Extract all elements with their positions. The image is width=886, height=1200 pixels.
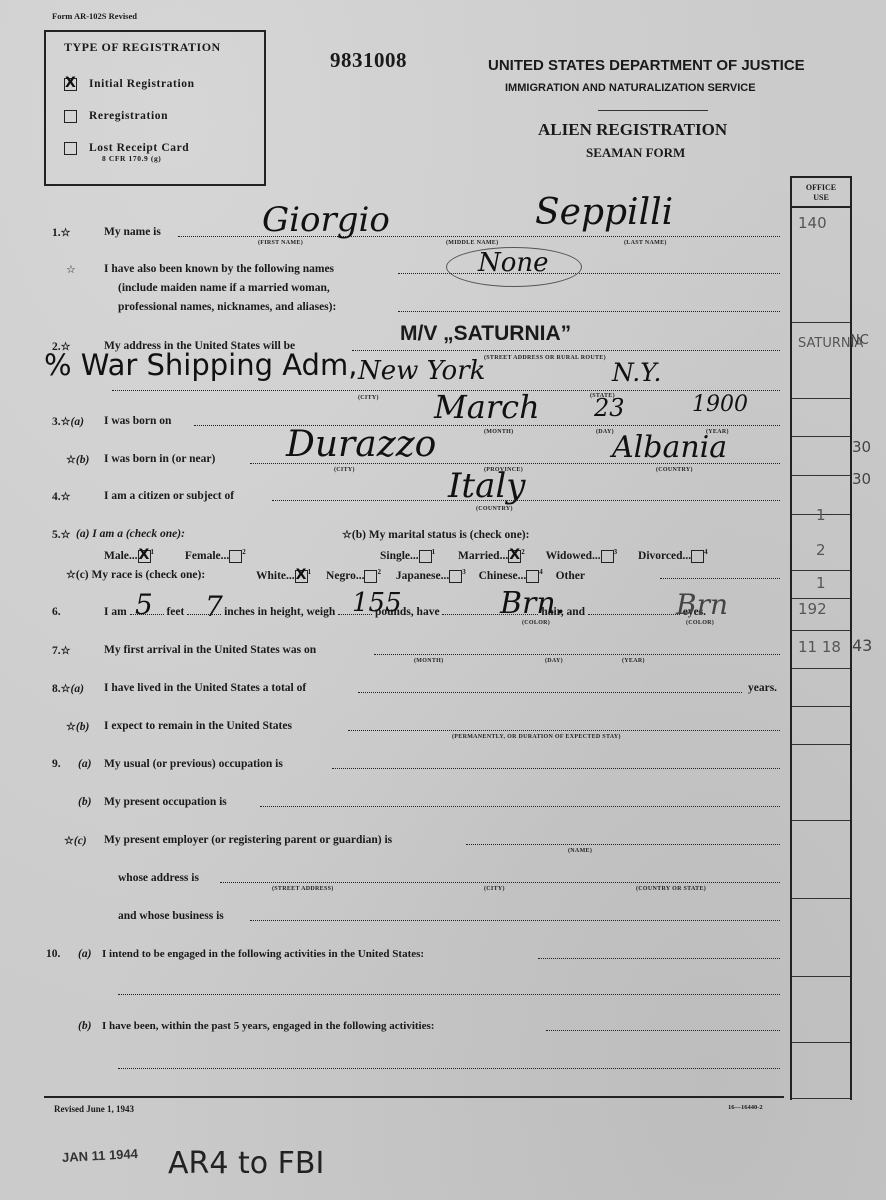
option-lost-receipt-card[interactable]: Lost Receipt Card 8 CFR 170.9 (g): [64, 142, 189, 163]
aka-label: (include maiden name if a married woman,: [118, 282, 330, 294]
form-id: Form AR-102S Revised: [52, 11, 137, 21]
star-icon: ☆: [61, 227, 71, 239]
q10b-label: I have been, within the past 5 years, en…: [102, 1020, 434, 1032]
office-divider: [792, 668, 850, 669]
q10b-sub: (b): [78, 1020, 91, 1032]
alien-registration-form: Form AR-102S Revised TYPE OF REGISTRATIO…: [0, 0, 886, 1200]
q7-number: 7.☆: [52, 644, 71, 657]
hint: (LAST NAME): [624, 240, 667, 246]
star-icon: ☆: [61, 491, 71, 503]
q8-number: 8.☆(a): [52, 682, 84, 695]
employer-address-label: whose address is: [118, 872, 199, 884]
address-line[interactable]: [352, 350, 780, 351]
option-white[interactable]: White...1: [256, 570, 311, 582]
birth-month-value[interactable]: March: [434, 388, 540, 426]
option-chinese[interactable]: Chinese...4: [479, 570, 543, 582]
hint: (MONTH): [484, 429, 513, 435]
q9c-label: My present employer (or registering pare…: [104, 834, 392, 846]
margin-note: NC: [850, 333, 869, 348]
birth-city-value[interactable]: Durazzo: [286, 424, 436, 465]
height-inches-value[interactable]: 7: [205, 590, 223, 623]
option-female[interactable]: Female...2: [185, 550, 246, 562]
checkbox-checked-icon[interactable]: [138, 550, 151, 563]
office-divider: [792, 598, 850, 599]
office-divider: [792, 398, 850, 399]
option-married[interactable]: Married...2: [458, 550, 525, 562]
usual-occupation-line[interactable]: [332, 768, 780, 769]
star-icon: ☆: [61, 645, 71, 657]
checkbox-icon[interactable]: [526, 570, 539, 583]
intended-activities-line-2[interactable]: [118, 994, 780, 995]
q3-number: 3.☆(a): [52, 415, 84, 428]
office-entry: 1: [816, 506, 826, 524]
sex-options: Male...1 Female...2: [104, 548, 246, 563]
handwritten-note: AR4 to FBI: [168, 1146, 324, 1181]
star-icon: ☆: [66, 454, 76, 466]
office-divider: [792, 898, 850, 899]
hint: (COLOR): [522, 620, 550, 626]
employer-address-line[interactable]: [220, 882, 780, 883]
weight-value[interactable]: 155: [352, 588, 402, 618]
aka-line[interactable]: [398, 311, 780, 312]
department-title: UNITED STATES DEPARTMENT OF JUSTICE: [488, 57, 805, 74]
divider: [598, 110, 708, 111]
office-divider: [792, 1098, 850, 1099]
option-negro[interactable]: Negro...2: [326, 570, 381, 582]
past-activities-line[interactable]: [546, 1030, 780, 1031]
option-label: Reregistration: [89, 110, 168, 122]
employer-business-line[interactable]: [250, 920, 780, 921]
years-suffix: years.: [748, 682, 777, 694]
star-icon: ☆: [66, 721, 76, 733]
marital-options: Single...1 Married...2 Widowed...3 Divor…: [380, 548, 708, 563]
revised-date: Revised June 1, 1943: [54, 1104, 134, 1114]
option-japanese[interactable]: Japanese...3: [396, 570, 466, 582]
q10a-label: I intend to be engaged in the following …: [102, 948, 424, 960]
height-feet-value[interactable]: 5: [135, 588, 153, 621]
office-divider: [792, 1042, 850, 1043]
hint: (CITY): [484, 886, 505, 892]
office-divider: [792, 322, 850, 323]
option-widowed[interactable]: Widowed...3: [546, 550, 618, 562]
footer-rule: [44, 1096, 784, 1098]
hint: (COUNTRY OR STATE): [636, 886, 706, 892]
q10a-sub: (a): [78, 948, 91, 960]
years-lived-line[interactable]: [358, 692, 742, 693]
print-code: 16—16440-2: [728, 1104, 763, 1111]
q5-number: 5.☆: [52, 528, 71, 541]
margin-note: 30: [852, 438, 871, 456]
office-entry: 192: [798, 600, 827, 618]
race-options: White...1 Negro...2 Japanese...3 Chinese…: [256, 568, 585, 583]
q7-label: My first arrival in the United States wa…: [104, 644, 316, 656]
form-subtitle: SEAMAN FORM: [586, 145, 685, 161]
star-icon: ☆: [61, 416, 71, 428]
past-activities-line-2[interactable]: [118, 1068, 780, 1069]
hint: (MIDDLE NAME): [446, 240, 498, 246]
option-other[interactable]: Other: [556, 570, 585, 582]
hint: (PERMANENTLY, OR DURATION OF EXPECTED ST…: [452, 734, 621, 740]
q8a-label: I have lived in the United States a tota…: [104, 682, 306, 694]
star-icon: ☆: [61, 529, 71, 541]
margin-note: 43: [852, 636, 872, 655]
office-divider: [792, 630, 850, 631]
q3b-label: I was born in (or near): [104, 453, 215, 465]
star-icon: ☆: [342, 529, 352, 541]
q9c-sub: ☆(c): [64, 834, 87, 847]
checkbox-checked-icon[interactable]: [508, 550, 521, 563]
employer-business-label: and whose business is: [118, 910, 224, 922]
checkbox-icon[interactable]: [64, 142, 77, 155]
q8b-label: I expect to remain in the United States: [104, 720, 292, 732]
office-divider: [792, 706, 850, 707]
hair-color-value[interactable]: Brn.: [500, 586, 565, 621]
q10-number: 10.: [46, 948, 60, 960]
employer-name-line[interactable]: [466, 844, 780, 845]
aka-value[interactable]: None: [478, 248, 549, 278]
first-name-value[interactable]: Giorgio: [262, 200, 390, 240]
received-stamp: JAN 11 1944: [62, 1146, 139, 1165]
office-divider: [792, 475, 850, 476]
hint: (STREET ADDRESS OR RURAL ROUTE): [484, 355, 606, 361]
margin-note: 30: [852, 470, 871, 488]
hint: (YEAR): [622, 658, 645, 664]
option-label: Lost Receipt Card: [89, 142, 189, 154]
q5c-label: ☆(c) My race is (check one):: [66, 568, 205, 581]
q3a-label: I was born on: [104, 415, 171, 427]
q9a-sub: (a): [78, 758, 91, 770]
birth-day-value[interactable]: 23: [594, 394, 625, 422]
q9b-label: My present occupation is: [104, 796, 227, 808]
checkbox-icon[interactable]: [691, 550, 704, 563]
checkbox-checked-icon[interactable]: [295, 570, 308, 583]
state-value[interactable]: N.Y.: [612, 358, 661, 387]
checkbox-icon[interactable]: [229, 550, 242, 563]
hint: (COLOR): [686, 620, 714, 626]
race-other-line[interactable]: [660, 578, 780, 579]
q1-label: My name is: [104, 226, 161, 238]
q5b-label: ☆(b) My marital status is (check one):: [342, 528, 529, 541]
checkbox-checked-icon[interactable]: [64, 78, 77, 91]
office-entry: 140: [798, 214, 827, 232]
q1-number: 1.☆: [52, 226, 71, 239]
address-line2-value[interactable]: % War Shipping Adm,: [44, 348, 357, 382]
last-name-value[interactable]: Seppilli: [535, 192, 673, 233]
office-use-header: OFFICEUSE: [792, 176, 850, 208]
checkbox-icon[interactable]: [64, 110, 77, 123]
intended-activities-line[interactable]: [538, 958, 780, 959]
option-reregistration[interactable]: Reregistration: [64, 110, 168, 123]
option-single[interactable]: Single...1: [380, 550, 435, 562]
registration-type-box: TYPE OF REGISTRATION Initial Registratio…: [44, 30, 266, 186]
office-divider: [792, 744, 850, 745]
hint: (CITY): [358, 395, 379, 401]
hint: (MONTH): [414, 658, 443, 664]
q9b-sub: (b): [78, 796, 91, 808]
q3b-sub: ☆(b): [66, 453, 89, 466]
birth-year-value[interactable]: 1900: [692, 392, 748, 417]
birth-country-value[interactable]: Albania: [612, 430, 727, 465]
star-icon: ☆: [64, 835, 74, 847]
star-icon: ☆: [66, 263, 76, 276]
q9-number: 9.: [52, 758, 61, 770]
office-divider: [792, 436, 850, 437]
street-address-value[interactable]: M/V „SATURNIA”: [400, 322, 571, 346]
office-use-column: OFFICEUSE 140 SATURNIA 1 2 1 192 11 18: [790, 176, 852, 1100]
hint: (FIRST NAME): [258, 240, 303, 246]
serial-number: 9831008: [330, 48, 407, 73]
office-divider: [792, 570, 850, 571]
q6-number: 6.: [52, 606, 61, 618]
citizenship-line[interactable]: [272, 500, 780, 501]
option-label: Initial Registration: [89, 78, 195, 90]
q8b-sub: ☆(b): [66, 720, 89, 733]
hint: (DAY): [545, 658, 563, 664]
hint: (CITY): [334, 467, 355, 473]
option-sublabel: 8 CFR 170.9 (g): [102, 154, 189, 163]
q5a-label: (a) I am a (check one):: [76, 528, 185, 540]
office-entry: 11 18: [798, 638, 841, 656]
eye-color-value[interactable]: Brn: [676, 588, 728, 621]
hint: (COUNTRY): [656, 467, 693, 473]
checkbox-icon[interactable]: [419, 550, 432, 563]
aka-label: professional names, nicknames, and alias…: [118, 301, 336, 313]
arrival-date-line[interactable]: [374, 654, 780, 655]
form-title: ALIEN REGISTRATION: [538, 120, 727, 140]
present-occupation-line[interactable]: [260, 806, 780, 807]
hint: (STREET ADDRESS): [272, 886, 334, 892]
hint: (NAME): [568, 848, 592, 854]
citizenship-value[interactable]: Italy: [448, 466, 525, 506]
checkbox-icon[interactable]: [449, 570, 462, 583]
q6-sentence: I am feet inches in height, weigh pounds…: [104, 606, 706, 618]
office-entry: 2: [816, 541, 826, 559]
office-entry: 1: [816, 574, 826, 592]
hint: (COUNTRY): [476, 506, 513, 512]
q4-number: 4.☆: [52, 490, 71, 503]
service-title: IMMIGRATION AND NATURALIZATION SERVICE: [505, 82, 756, 94]
checkbox-icon[interactable]: [364, 570, 377, 583]
city-value[interactable]: New York: [358, 356, 485, 386]
expected-stay-line[interactable]: [348, 730, 780, 731]
office-divider: [792, 976, 850, 977]
option-male[interactable]: Male...1: [104, 550, 154, 562]
aka-label: I have also been known by the following …: [104, 263, 334, 275]
registration-type-title: TYPE OF REGISTRATION: [64, 40, 221, 55]
option-divorced[interactable]: Divorced...4: [638, 550, 708, 562]
office-divider: [792, 820, 850, 821]
q9a-label: My usual (or previous) occupation is: [104, 758, 283, 770]
q4-label: I am a citizen or subject of: [104, 490, 234, 502]
option-initial-registration[interactable]: Initial Registration: [64, 78, 195, 91]
star-icon: ☆: [66, 569, 76, 581]
star-icon: ☆: [61, 683, 71, 695]
checkbox-icon[interactable]: [601, 550, 614, 563]
